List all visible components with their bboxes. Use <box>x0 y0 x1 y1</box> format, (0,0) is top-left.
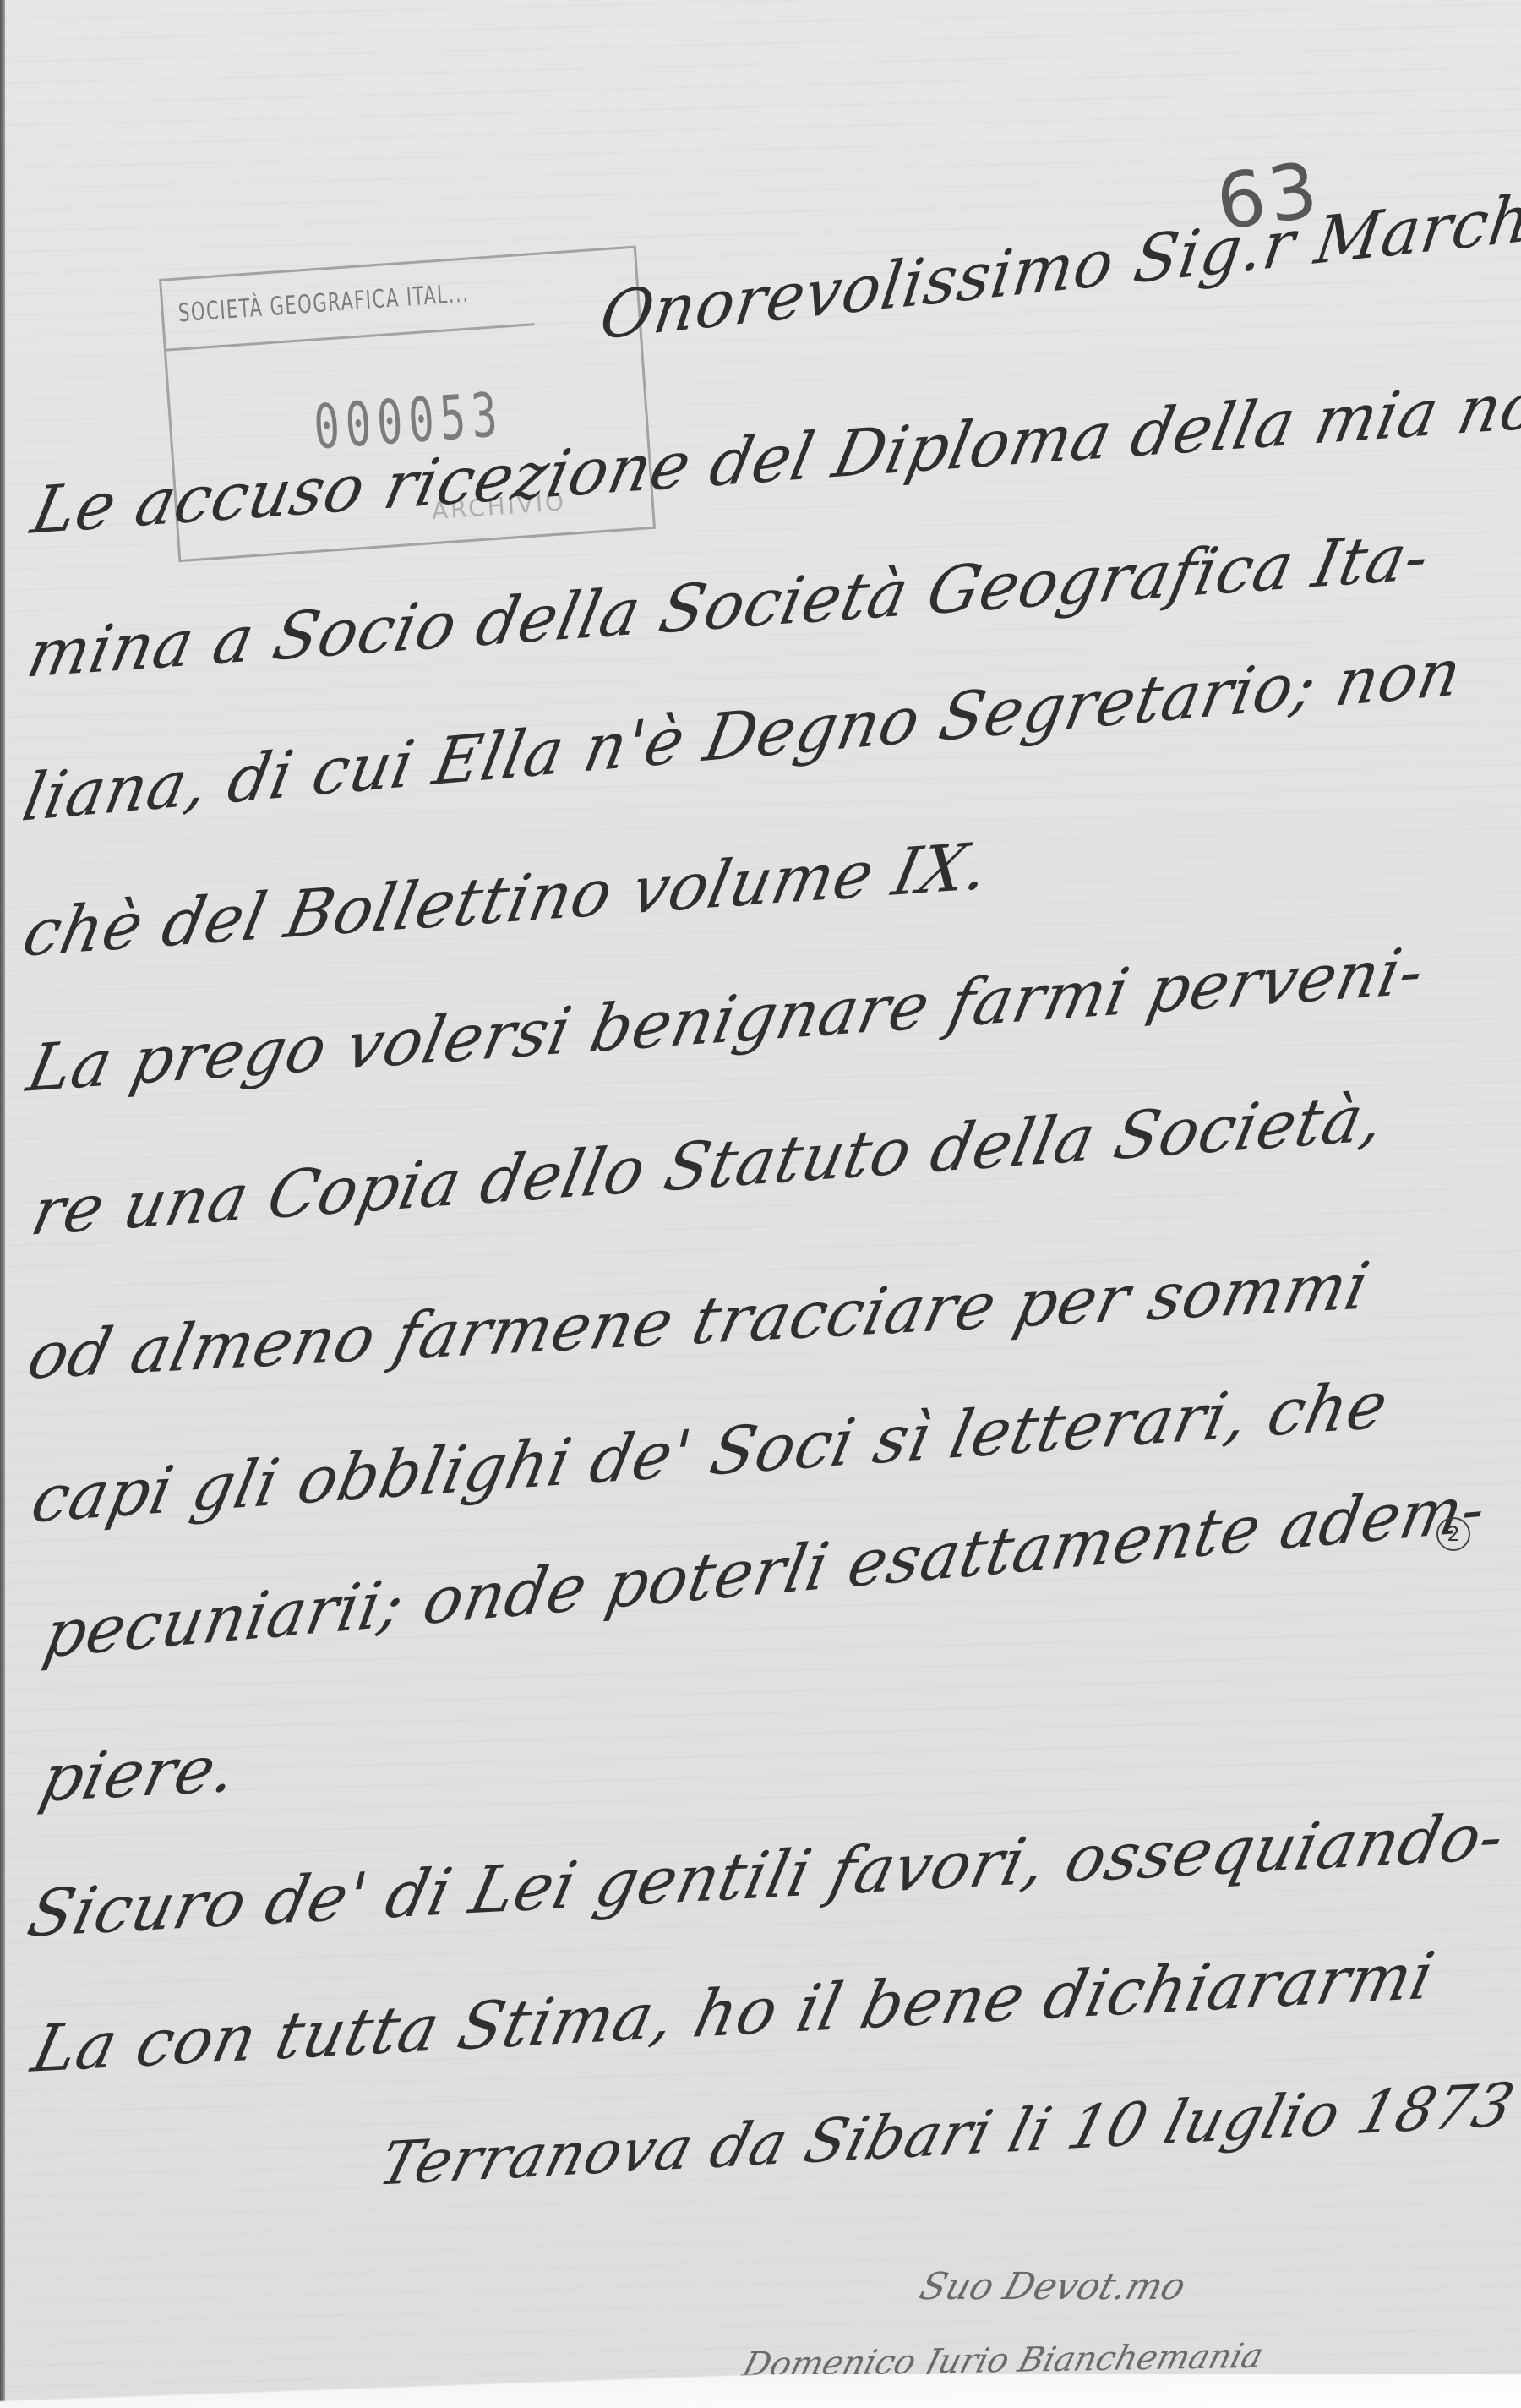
body-line: Sicuro de' di Lei gentili favori, ossequ… <box>21 1798 1513 1952</box>
salutation: Onorevolissimo Sig.r Marchese <box>596 168 1521 354</box>
body-line: od almeno farmene tracciare per sommi <box>21 1248 1377 1394</box>
closing: Suo Devot.mo <box>915 2265 1191 2308</box>
body-line: chè del Bollettino volume IX. <box>17 827 996 971</box>
body-line: re una Copia dello Statuto della Società… <box>25 1079 1392 1250</box>
body-line: La con tutta Stima, ho il bene dichiarar… <box>25 1937 1442 2087</box>
body-line: piere. <box>34 1730 245 1816</box>
letter-body: Onorevolissimo Sig.r Marchese Le accuso … <box>0 0 1521 2408</box>
body-line: La prego volersi benignare farmi perveni… <box>21 932 1431 1106</box>
dateline: Terranova da Sibari li 10 luglio 1873 <box>372 2070 1521 2199</box>
body-line: Le accuso ricezione del Diploma della mi… <box>25 365 1521 549</box>
letter-page: 63 SOCIETÀ GEOGRAFICA ITAL... 000053 ARC… <box>0 0 1521 2408</box>
signature: Domenico Jurio Bianchemania <box>739 2337 1267 2385</box>
footnote-marker: 2 <box>1436 1517 1470 1551</box>
